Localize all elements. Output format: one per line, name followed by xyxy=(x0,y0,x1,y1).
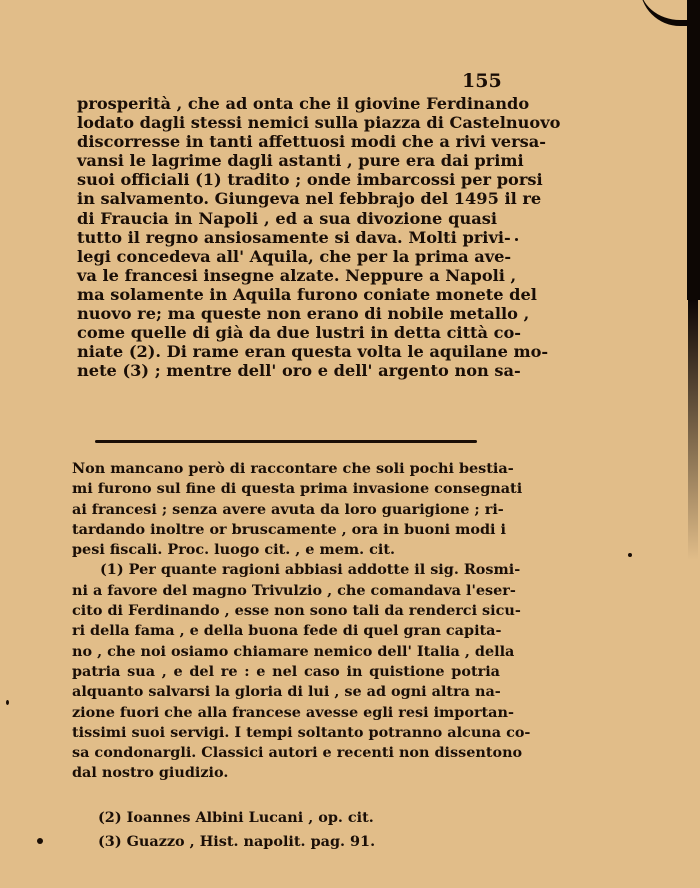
footnote-1-line: patria sua , e del re : e nel caso in qu… xyxy=(72,662,500,682)
page-edge-border xyxy=(687,0,700,300)
main-line: lodato dagli stessi nemici sulla piazza … xyxy=(77,113,497,132)
footnotes-block: Non mancano però di raccontare che soli … xyxy=(72,459,500,784)
footnote-1-line: dal nostro giudizio. xyxy=(72,763,500,783)
footnote-continuation-line: tardando inoltre or bruscamente , ora in… xyxy=(72,520,500,540)
footnote-1-line: (1) Per quante ragioni abbiasi addotte i… xyxy=(72,560,500,580)
ink-speck xyxy=(6,700,9,705)
footnote-3: (3) Guazzo , Hist. napolit. pag. 91. xyxy=(98,830,375,854)
footnote-1-line: cito di Ferdinando , esse non sono tali … xyxy=(72,601,500,621)
footnote-1-line: ri della fama , e della buona fede di qu… xyxy=(72,621,500,641)
main-line: discorresse in tanti affettuosi modi che… xyxy=(77,132,497,151)
main-line: suoi officiali (1) tradito ; onde imbarc… xyxy=(77,170,497,189)
main-line: ma solamente in Aquila furono coniate mo… xyxy=(77,285,497,304)
main-line: legi concedeva all' Aquila, che per la p… xyxy=(77,247,497,266)
main-line: nete (3) ; mentre dell' oro e dell' arge… xyxy=(77,361,497,380)
ink-speck xyxy=(515,238,518,241)
footnote-references: (2) Ioannes Albini Lucani , op. cit. (3)… xyxy=(98,806,375,854)
page-number: 155 xyxy=(462,70,502,92)
footnote-1-line: sa condonargli. Classici autori e recent… xyxy=(72,743,500,763)
main-line: come quelle di già da due lustri in dett… xyxy=(77,323,497,342)
footnote-separator-rule xyxy=(95,440,477,443)
main-line: nuovo re; ma queste non erano di nobile … xyxy=(77,304,497,323)
footnote-1-line: no , che noi osiamo chiamare nemico dell… xyxy=(72,642,500,662)
footnote-continuation-line: Non mancano però di raccontare che soli … xyxy=(72,459,500,479)
main-line: in salvamento. Giungeva nel febbrajo del… xyxy=(77,189,497,208)
ink-speck xyxy=(628,553,632,557)
footnote-1-line: ni a favore del magno Trivulzio , che co… xyxy=(72,581,500,601)
main-line: va le francesi insegne alzate. Neppure a… xyxy=(77,266,497,285)
page-edge-shadow xyxy=(688,300,698,560)
main-line: prosperità , che ad onta che il giovine … xyxy=(77,94,497,113)
footnote-2: (2) Ioannes Albini Lucani , op. cit. xyxy=(98,806,375,830)
footnote-continuation-line: mi furono sul fine di questa prima invas… xyxy=(72,479,500,499)
book-page: 155 prosperità , che ad onta che il giov… xyxy=(0,0,700,888)
footnote-1-line: alquanto salvarsi la gloria di lui , se … xyxy=(72,682,500,702)
main-line: di Fraucia in Napoli , ed a sua divozion… xyxy=(77,209,497,228)
main-line: tutto il regno ansiosamente si dava. Mol… xyxy=(77,228,497,247)
footnote-1-line: zione fuori che alla francese avesse egl… xyxy=(72,703,500,723)
footnote-1-line: tissimi suoi servigi. I tempi soltanto p… xyxy=(72,723,500,743)
main-text-block: prosperità , che ad onta che il giovine … xyxy=(77,94,497,380)
main-line: vansi le lagrime dagli astanti , pure er… xyxy=(77,151,497,170)
ink-speck xyxy=(37,838,43,844)
footnote-continuation-line: ai francesi ; senza avere avuta da loro … xyxy=(72,500,500,520)
footnote-continuation-line: pesi fiscali. Proc. luogo cit. , e mem. … xyxy=(72,540,500,560)
main-line: niate (2). Di rame eran questa volta le … xyxy=(77,342,497,361)
